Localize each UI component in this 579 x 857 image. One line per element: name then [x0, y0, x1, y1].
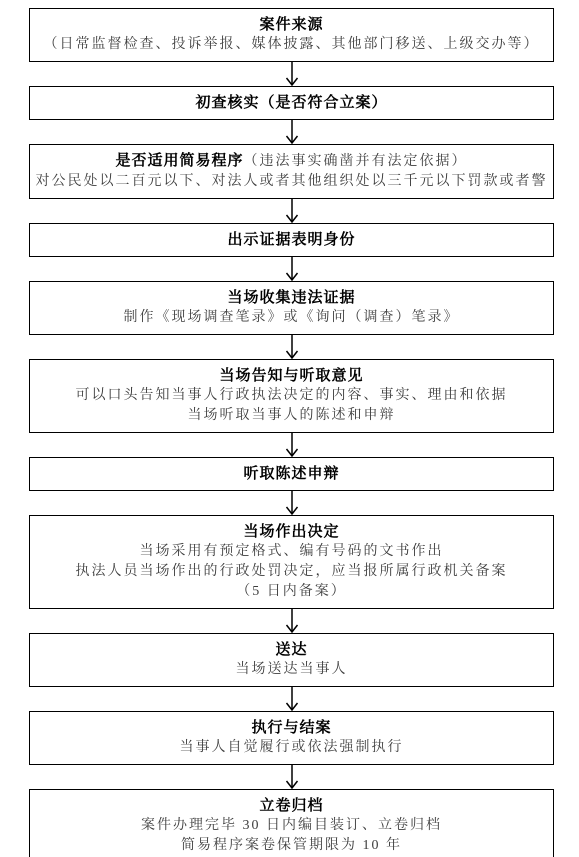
down-arrow-icon	[283, 687, 301, 711]
node-title: 听取陈述申辩	[33, 464, 550, 484]
flow-node-inform-and-listen: 当场告知与听取意见 可以口头告知当事人行政执法决定的内容、事实、理由和依据 当场…	[29, 359, 554, 433]
flow-node-on-site-decision: 当场作出决定 当场采用有预定格式、编有号码的文书作出 执法人员当场作出的行政处罚…	[29, 515, 554, 609]
node-title: 立卷归档	[33, 796, 550, 816]
flow-arrow	[29, 609, 554, 633]
node-title-suffix: （违法事实确凿并有法定依据）	[244, 154, 468, 169]
down-arrow-icon	[283, 199, 301, 223]
node-title: 案件来源	[33, 15, 550, 35]
flowchart: 案件来源 （日常监督检查、投诉举报、媒体披露、其他部门移送、上级交办等） 初查核…	[29, 0, 554, 857]
node-line: 制作《现场调查笔录》或《询问（调查）笔录》	[33, 308, 550, 328]
node-line: 当场送达当事人	[33, 660, 550, 680]
flow-arrow	[29, 120, 554, 144]
node-line: 对公民处以二百元以下、对法人或者其他组织处以三千元以下罚款或者警	[33, 172, 550, 192]
flow-node-summary-procedure-check: 是否适用简易程序（违法事实确凿并有法定依据） 对公民处以二百元以下、对法人或者其…	[29, 144, 554, 199]
node-title: 初查核实（是否符合立案）	[33, 93, 550, 113]
down-arrow-icon	[283, 765, 301, 789]
node-line: 当场采用有预定格式、编有号码的文书作出	[33, 542, 550, 562]
node-line: 当场听取当事人的陈述和申辩	[33, 406, 550, 426]
flow-arrow	[29, 199, 554, 223]
flow-arrow	[29, 433, 554, 457]
node-line: 案件办理完毕 30 日内编目装订、立卷归档	[33, 816, 550, 836]
down-arrow-icon	[283, 120, 301, 144]
flow-arrow	[29, 62, 554, 86]
flow-node-service-of-decision: 送达 当场送达当事人	[29, 633, 554, 687]
node-title: 当场收集违法证据	[33, 288, 550, 308]
node-line: 当事人自觉履行或依法强制执行	[33, 738, 550, 758]
node-line: （5 日内备案）	[33, 582, 550, 602]
node-title: 出示证据表明身份	[33, 230, 550, 250]
flow-node-hear-statement-defense: 听取陈述申辩	[29, 457, 554, 491]
flow-node-initial-verification: 初查核实（是否符合立案）	[29, 86, 554, 120]
node-title: 是否适用简易程序（违法事实确凿并有法定依据）	[33, 151, 550, 172]
down-arrow-icon	[283, 609, 301, 633]
node-line: 可以口头告知当事人行政执法决定的内容、事实、理由和依据	[33, 386, 550, 406]
flow-node-collect-evidence: 当场收集违法证据 制作《现场调查笔录》或《询问（调查）笔录》	[29, 281, 554, 335]
node-line: 执法人员当场作出的行政处罚决定，应当报所属行政机关备案	[33, 562, 550, 582]
node-line: （日常监督检查、投诉举报、媒体披露、其他部门移送、上级交办等）	[33, 35, 550, 55]
node-line: 简易程序案卷保管期限为 10 年	[33, 836, 550, 856]
down-arrow-icon	[283, 433, 301, 457]
node-title: 送达	[33, 640, 550, 660]
down-arrow-icon	[283, 62, 301, 86]
flow-arrow	[29, 257, 554, 281]
down-arrow-icon	[283, 335, 301, 359]
node-title: 执行与结案	[33, 718, 550, 738]
node-title: 当场作出决定	[33, 522, 550, 542]
down-arrow-icon	[283, 491, 301, 515]
node-title: 当场告知与听取意见	[33, 366, 550, 386]
flow-arrow	[29, 335, 554, 359]
flow-arrow	[29, 687, 554, 711]
flow-node-case-source: 案件来源 （日常监督检查、投诉举报、媒体披露、其他部门移送、上级交办等）	[29, 8, 554, 62]
flow-node-show-credentials: 出示证据表明身份	[29, 223, 554, 257]
flow-arrow	[29, 491, 554, 515]
flow-node-execution-and-closing: 执行与结案 当事人自觉履行或依法强制执行	[29, 711, 554, 765]
flow-node-filing-archive: 立卷归档 案件办理完毕 30 日内编目装订、立卷归档 简易程序案卷保管期限为 1…	[29, 789, 554, 857]
flow-arrow	[29, 765, 554, 789]
down-arrow-icon	[283, 257, 301, 281]
